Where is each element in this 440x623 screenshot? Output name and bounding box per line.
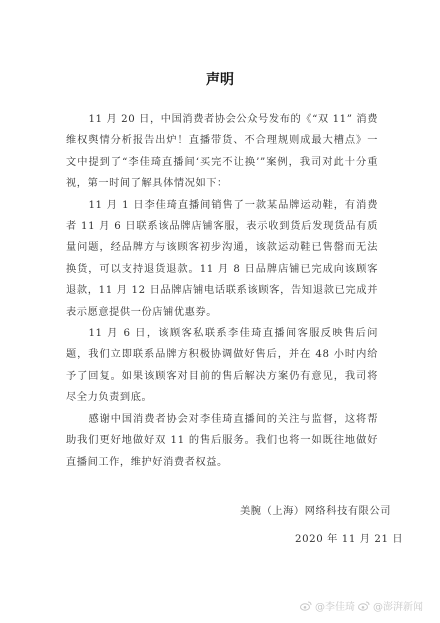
paragraph: 11 月 1 日李佳琦直播间销售了一款某品牌运动鞋，有消费者 11 月 6 日联… (66, 195, 378, 323)
signature: 美腕（上海）网络科技有限公司 (240, 502, 391, 517)
document-body: 11 月 20 日，中国消费者协会公众号发布的《“双 11” 消费维权舆情分析报… (66, 109, 378, 473)
watermark: @李佳琦 @澎湃新闻 (300, 598, 423, 613)
watermark-text-2: @澎湃新闻 (373, 598, 423, 613)
paragraph: 感谢中国消费者协会对李佳琦直播间的关注与监督，这将帮助我们更好地做好双 11 的… (66, 409, 378, 473)
watermark-text-1: @李佳琦 (315, 598, 355, 613)
paragraph: 11 月 6 日，该顾客私联系李佳琦直播间客服反映售后问题，我们立即联系品牌方积… (66, 323, 378, 409)
weibo-icon (300, 601, 312, 611)
paragraph: 11 月 20 日，中国消费者协会公众号发布的《“双 11” 消费维权舆情分析报… (66, 109, 378, 195)
weibo-icon (358, 601, 370, 611)
document-date: 2020 年 11 月 21 日 (295, 530, 403, 545)
document-title: 声明 (0, 69, 440, 89)
